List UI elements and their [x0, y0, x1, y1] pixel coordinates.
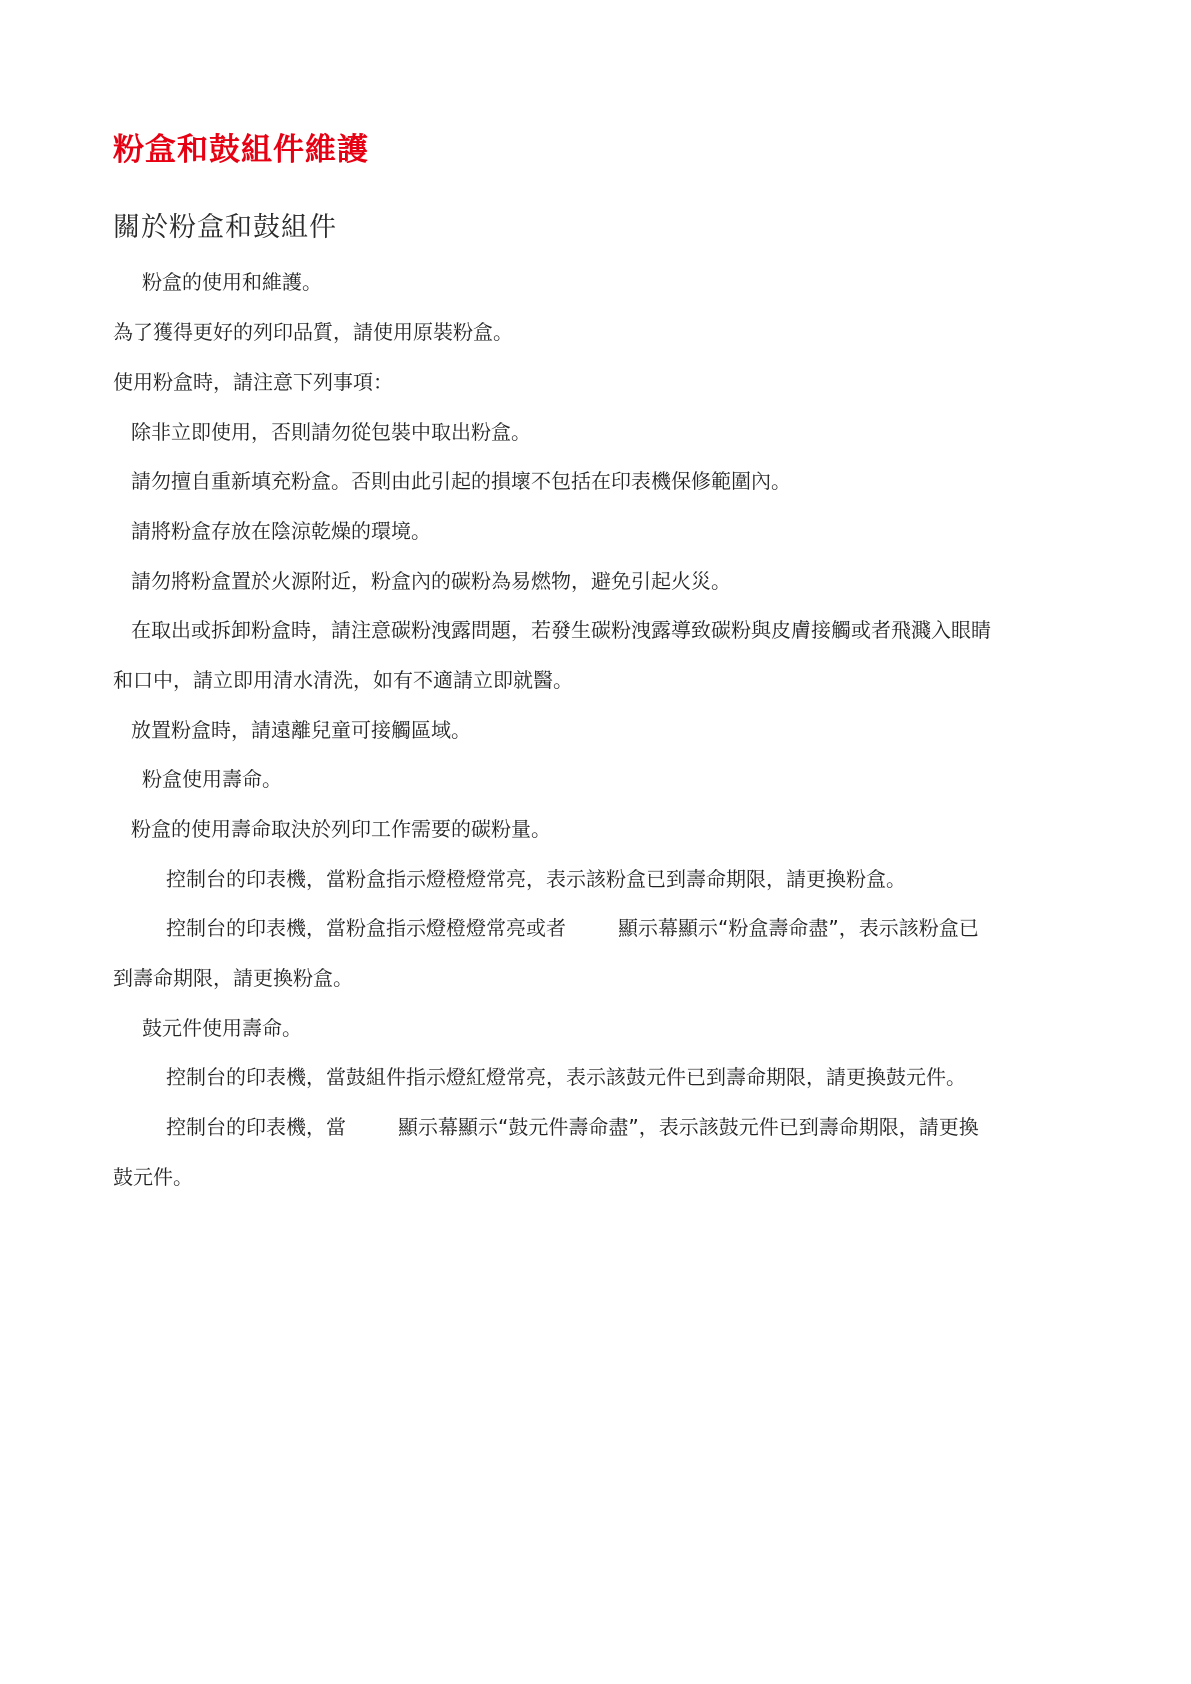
paragraph-drum-display: 控制台的印表機，當顯示幕顯示“鼓元件壽命盡”，表示該鼓元件已到壽命期限，請更換 — [166, 1113, 979, 1141]
section-heading: 關於粉盒和鼓組件 — [113, 205, 337, 244]
toner-display-text-a: 控制台的印表機，當粉盒指示燈橙燈常亮或者 — [166, 916, 566, 940]
drum-display-text-a: 控制台的印表機，當 — [166, 1115, 346, 1139]
toner-display-text-b: 顯示幕顯示“粉盒壽命盡”，表示該粉盒已 — [618, 916, 979, 940]
paragraph-toner-life-heading: 粉盒使用壽命。 — [142, 765, 282, 793]
list-item-fire: 請勿將粉盒置於火源附近，粉盒內的碳粉為易燃物，避免引起火災。 — [131, 567, 731, 595]
list-item-unpack: 除非立即使用，否則請勿從包裝中取出粉盒。 — [131, 418, 531, 446]
paragraph-toner-led: 控制台的印表機，當粉盒指示燈橙燈常亮，表示該粉盒已到壽命期限，請更換粉盒。 — [166, 865, 906, 893]
paragraph-toner-display: 控制台的印表機，當粉盒指示燈橙燈常亮或者顯示幕顯示“粉盒壽命盡”，表示該粉盒已 — [166, 914, 979, 942]
paragraph-drum-life-heading: 鼓元件使用壽命。 — [142, 1014, 302, 1042]
drum-display-text-b: 顯示幕顯示“鼓元件壽命盡”，表示該鼓元件已到壽命期限，請更換 — [398, 1115, 979, 1139]
list-item-children: 放置粉盒時，請遠離兒童可接觸區域。 — [131, 716, 471, 744]
paragraph-toner-life: 粉盒的使用壽命取決於列印工作需要的碳粉量。 — [131, 815, 551, 843]
paragraph-drum-led: 控制台的印表機，當鼓組件指示燈紅燈常亮，表示該鼓元件已到壽命期限，請更換鼓元件。 — [166, 1063, 966, 1091]
list-item-refill: 請勿擅自重新填充粉盒。否則由此引起的損壞不包括在印表機保修範圍內。 — [131, 467, 791, 495]
paragraph-toner-care-heading: 粉盒的使用和維護。 — [142, 268, 322, 296]
paragraph-notes-intro: 使用粉盒時，請注意下列事項： — [113, 368, 393, 396]
document-page: 粉盒和鼓組件維護 關於粉盒和鼓組件 粉盒的使用和維護。 為了獲得更好的列印品質，… — [0, 0, 1191, 1684]
paragraph-original-toner: 為了獲得更好的列印品質，請使用原裝粉盒。 — [113, 318, 513, 346]
page-title: 粉盒和鼓組件維護 — [113, 124, 369, 169]
list-item-leak: 在取出或拆卸粉盒時，請注意碳粉洩露問題，若發生碳粉洩露導致碳粉與皮膚接觸或者飛濺… — [131, 616, 991, 644]
list-item-leak-continued: 和口中，請立即用清水清洗，如有不適請立即就醫。 — [113, 666, 573, 694]
paragraph-toner-display-continued: 到壽命期限，請更換粉盒。 — [113, 964, 353, 992]
list-item-storage: 請將粉盒存放在陰涼乾燥的環境。 — [131, 517, 431, 545]
paragraph-drum-display-continued: 鼓元件。 — [113, 1163, 193, 1191]
